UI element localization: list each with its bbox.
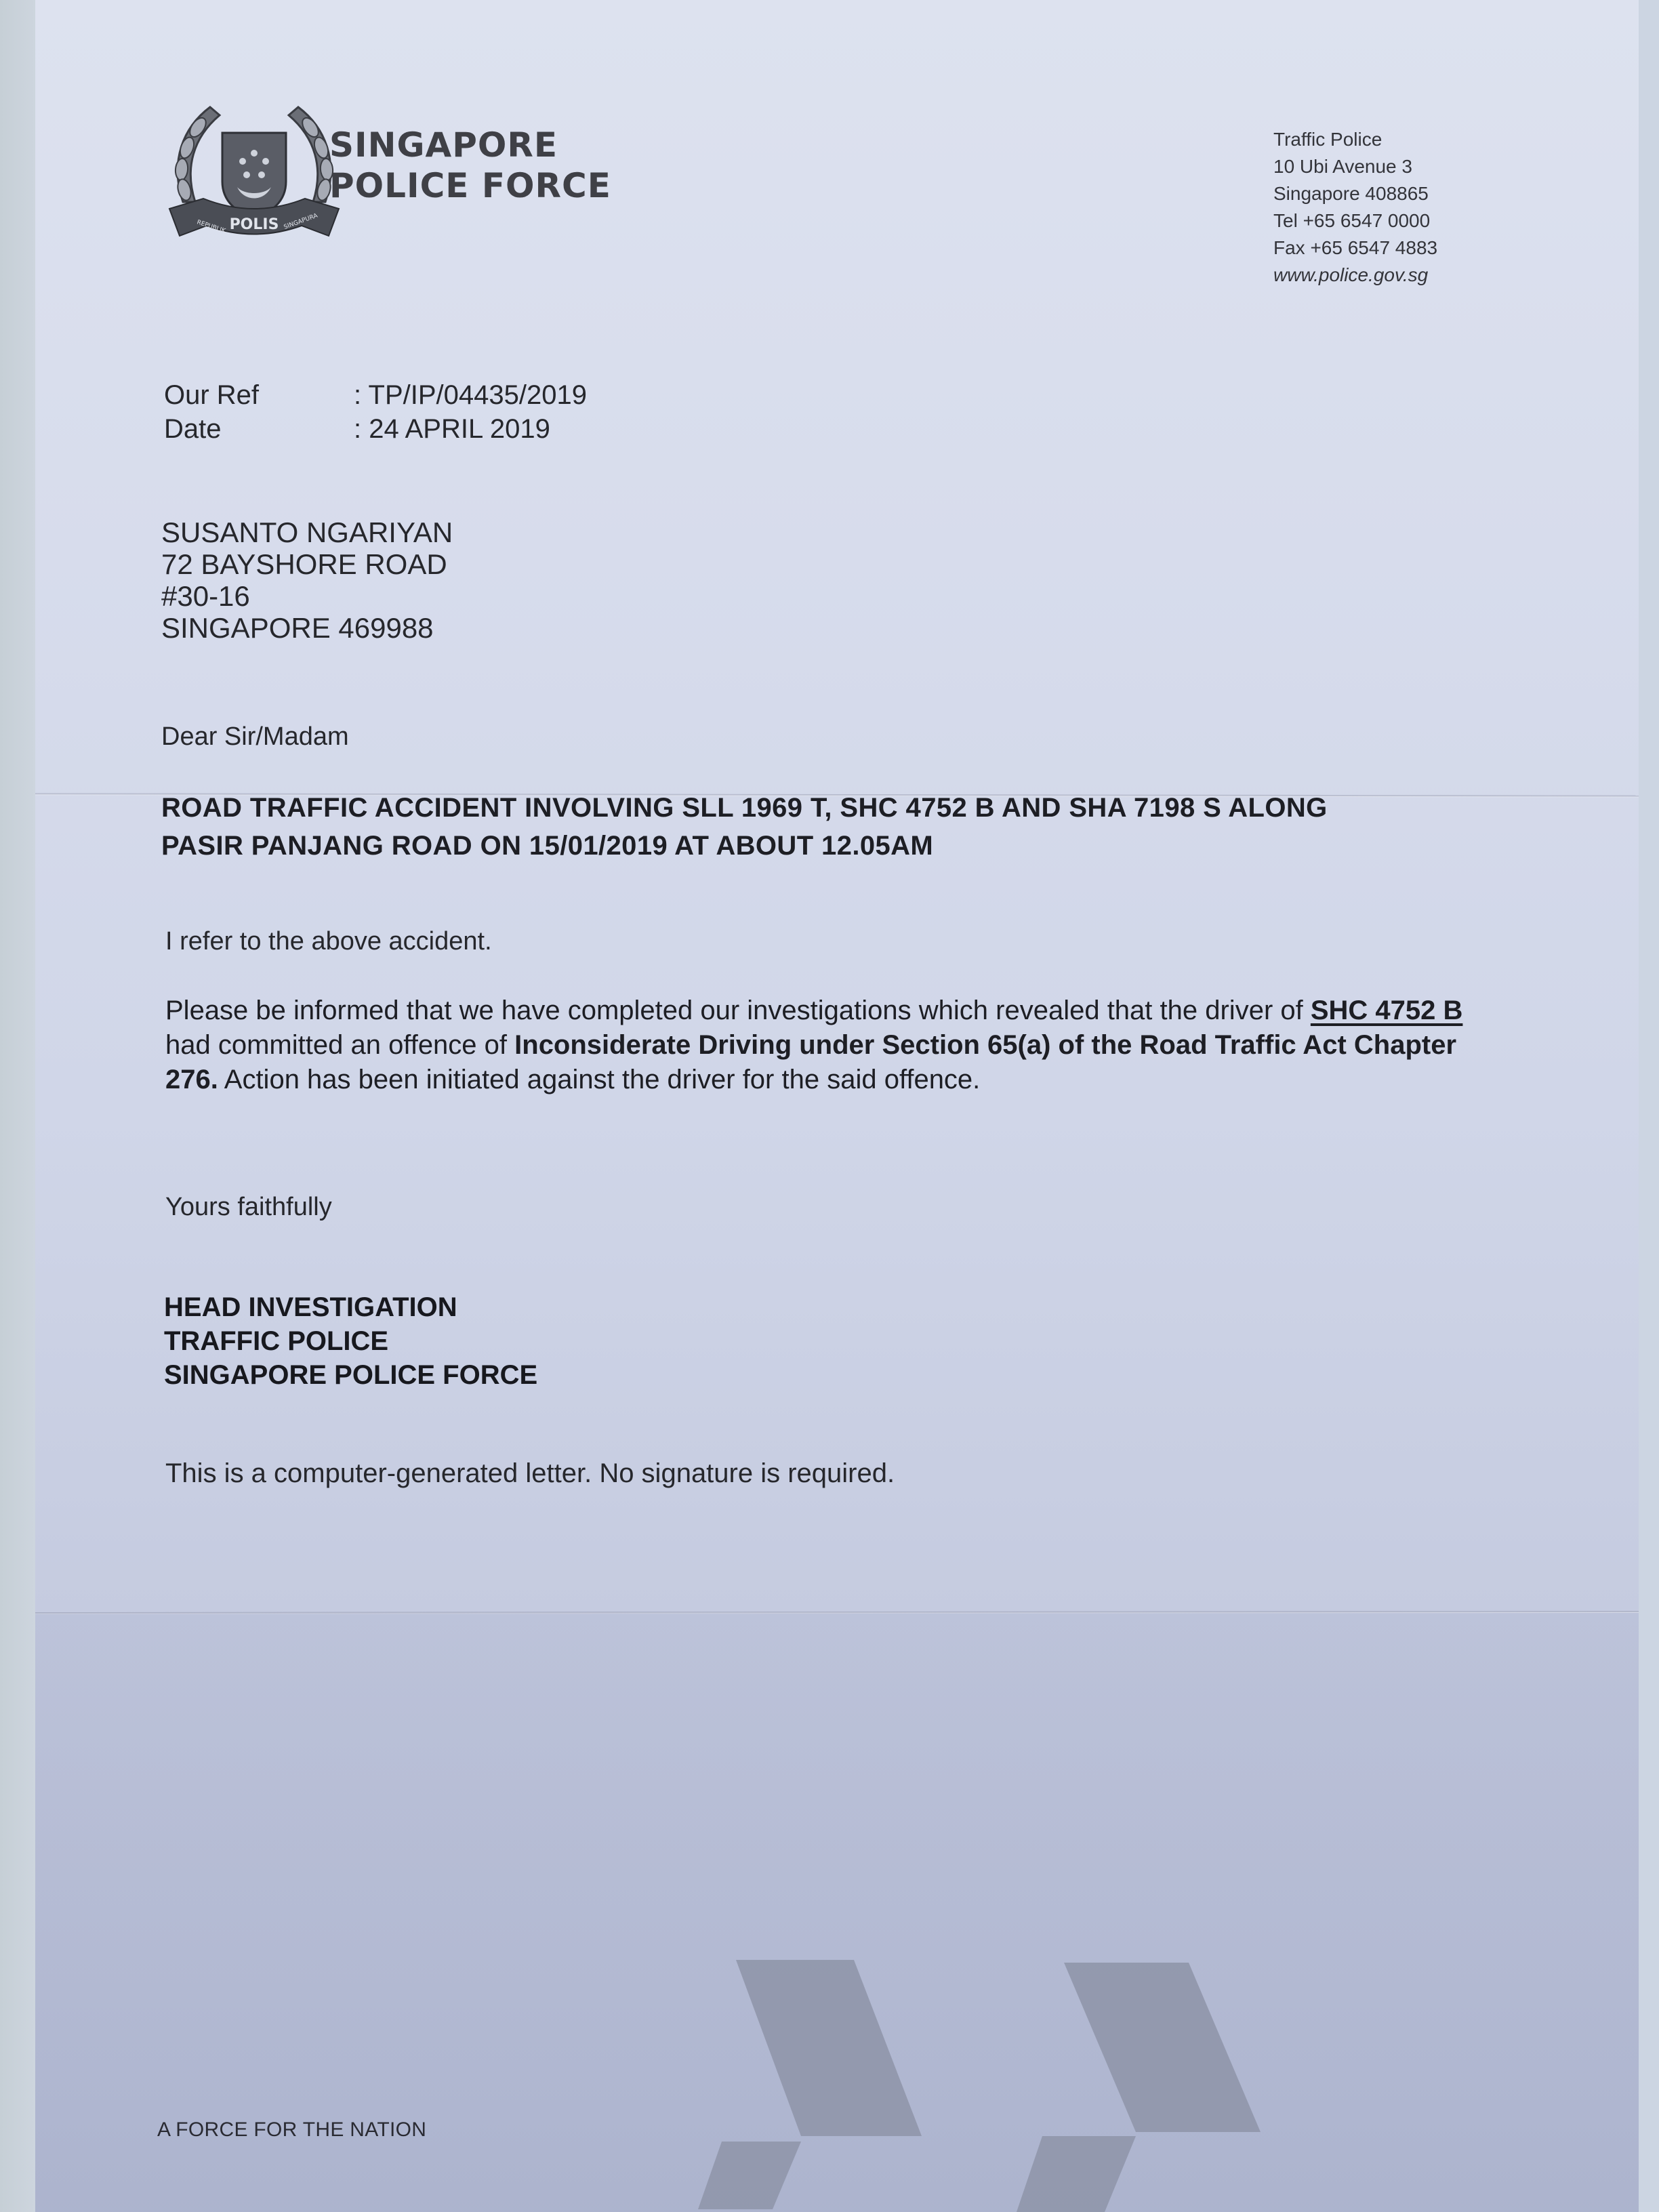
date-value: : 24 APRIL 2019 <box>354 412 550 446</box>
police-crest-icon: POLIS REPUBLIK SINGAPURA <box>163 100 346 243</box>
findings-text: Please be informed that we have complete… <box>165 996 1311 1025</box>
sender-street: 10 Ubi Avenue 3 <box>1273 153 1437 180</box>
org-name-line1: SINGAPORE <box>329 125 611 165</box>
chevron-arrows-icon <box>651 1952 1430 2212</box>
sender-city: Singapore 408865 <box>1273 180 1437 207</box>
computer-generated-notice: This is a computer-generated letter. No … <box>165 1458 895 1489</box>
subject-line: ROAD TRAFFIC ACCIDENT INVOLVING SLL 1969… <box>161 789 1328 827</box>
findings-text: had committed an offence of <box>165 1030 514 1060</box>
reference-block: Our Ref : TP/IP/04435/2019 Date : 24 APR… <box>164 378 587 446</box>
subject-heading: ROAD TRAFFIC ACCIDENT INVOLVING SLL 1969… <box>161 789 1328 865</box>
date-label: Date <box>164 412 354 446</box>
recipient-address-line: 72 BAYSHORE ROAD <box>161 548 453 580</box>
recipient-address-line: SINGAPORE 469988 <box>161 612 453 644</box>
ref-label: Our Ref <box>164 378 354 412</box>
body-paragraph-findings: Please be informed that we have complete… <box>165 994 1514 1097</box>
signatory-block: HEAD INVESTIGATION TRAFFIC POLICE SINGAP… <box>164 1290 537 1392</box>
salutation: Dear Sir/Madam <box>161 722 349 752</box>
subject-line: PASIR PANJANG ROAD ON 15/01/2019 AT ABOU… <box>161 827 1328 865</box>
closing-line: Yours faithfully <box>165 1193 332 1222</box>
ref-value: : TP/IP/04435/2019 <box>354 378 587 412</box>
background-surface-left <box>0 0 35 2212</box>
sender-address-block: Traffic Police 10 Ubi Avenue 3 Singapore… <box>1273 126 1437 289</box>
sender-website-link[interactable]: www.police.gov.sg <box>1273 262 1437 289</box>
vehicle-plate: SHC 4752 B <box>1311 996 1463 1025</box>
signatory-line: TRAFFIC POLICE <box>164 1324 537 1358</box>
org-name-line2: POLICE FORCE <box>329 165 611 206</box>
recipient-address-line: #30-16 <box>161 580 453 612</box>
sender-fax: Fax +65 6547 4883 <box>1273 234 1437 262</box>
svg-text:POLIS: POLIS <box>230 216 279 233</box>
signatory-line: SINGAPORE POLICE FORCE <box>164 1358 537 1392</box>
recipient-address-block: SUSANTO NGARIYAN 72 BAYSHORE ROAD #30-16… <box>161 516 453 644</box>
body-paragraph: I refer to the above accident. <box>165 927 492 956</box>
letter-page <box>35 0 1639 2212</box>
organisation-name: SINGAPORE POLICE FORCE <box>329 125 611 206</box>
findings-text: Action has been initiated against the dr… <box>218 1065 980 1094</box>
signatory-line: HEAD INVESTIGATION <box>164 1290 537 1324</box>
recipient-name: SUSANTO NGARIYAN <box>161 516 453 548</box>
sender-department: Traffic Police <box>1273 126 1437 153</box>
footer-tagline: A FORCE FOR THE NATION <box>157 2118 426 2142</box>
sender-tel: Tel +65 6547 0000 <box>1273 207 1437 234</box>
